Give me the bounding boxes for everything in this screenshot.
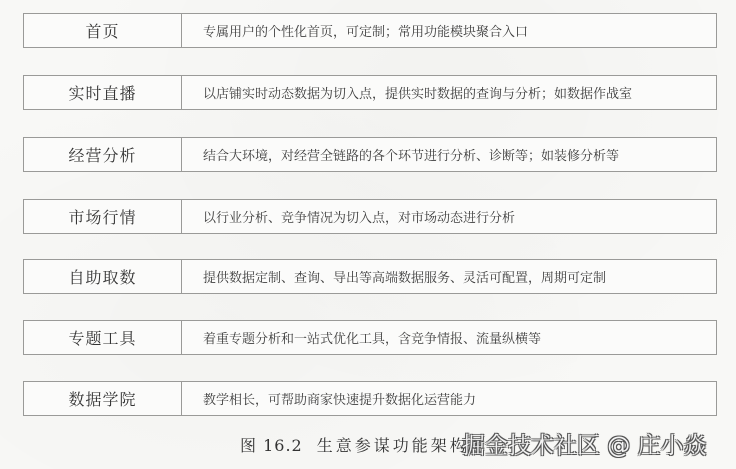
watermark: 掘金技术社区 @ 庄小焱 xyxy=(462,427,707,460)
feature-row-business-analysis: 经营分析 结合大环境，对经营全链路的各个环节进行分析、诊断等；如装修分析等 xyxy=(23,137,717,172)
feature-description: 专属用户的个性化首页，可定制；常用功能模块聚合入口 xyxy=(182,14,716,47)
feature-description: 提供数据定制、查询、导出等高端数据服务、灵活可配置，周期可定制 xyxy=(182,260,716,293)
feature-description: 结合大环境，对经营全链路的各个环节进行分析、诊断等；如装修分析等 xyxy=(182,138,716,171)
feature-name: 数据学院 xyxy=(24,382,182,415)
feature-name: 经营分析 xyxy=(24,138,182,171)
feature-name: 专题工具 xyxy=(24,321,182,354)
feature-name: 自助取数 xyxy=(24,260,182,293)
feature-name: 首页 xyxy=(24,14,182,47)
feature-row-live: 实时直播 以店铺实时动态数据为切入点，提供实时数据的查询与分析；如数据作战室 xyxy=(23,75,717,110)
feature-row-market: 市场行情 以行业分析、竞争情况为切入点，对市场动态进行分析 xyxy=(23,199,717,234)
feature-name: 市场行情 xyxy=(24,200,182,233)
feature-description: 教学相长，可帮助商家快速提升数据化运营能力 xyxy=(182,382,716,415)
feature-row-self-service-data: 自助取数 提供数据定制、查询、导出等高端数据服务、灵活可配置，周期可定制 xyxy=(23,259,717,294)
figure-caption: 图 16.2生意参谋功能架构图 xyxy=(240,433,488,456)
feature-description: 着重专题分析和一站式优化工具，含竞争情报、流量纵横等 xyxy=(182,321,716,354)
feature-description: 以店铺实时动态数据为切入点，提供实时数据的查询与分析；如数据作战室 xyxy=(182,76,716,109)
figure-number: 图 16.2 xyxy=(240,436,303,455)
feature-row-topic-tools: 专题工具 着重专题分析和一站式优化工具，含竞争情报、流量纵横等 xyxy=(23,320,717,355)
feature-description: 以行业分析、竞争情况为切入点，对市场动态进行分析 xyxy=(182,200,716,233)
feature-row-homepage: 首页 专属用户的个性化首页，可定制；常用功能模块聚合入口 xyxy=(23,13,717,48)
feature-architecture-diagram: 首页 专属用户的个性化首页，可定制；常用功能模块聚合入口 实时直播 以店铺实时动… xyxy=(0,0,736,430)
feature-row-data-academy: 数据学院 教学相长，可帮助商家快速提升数据化运营能力 xyxy=(23,381,717,416)
feature-name: 实时直播 xyxy=(24,76,182,109)
